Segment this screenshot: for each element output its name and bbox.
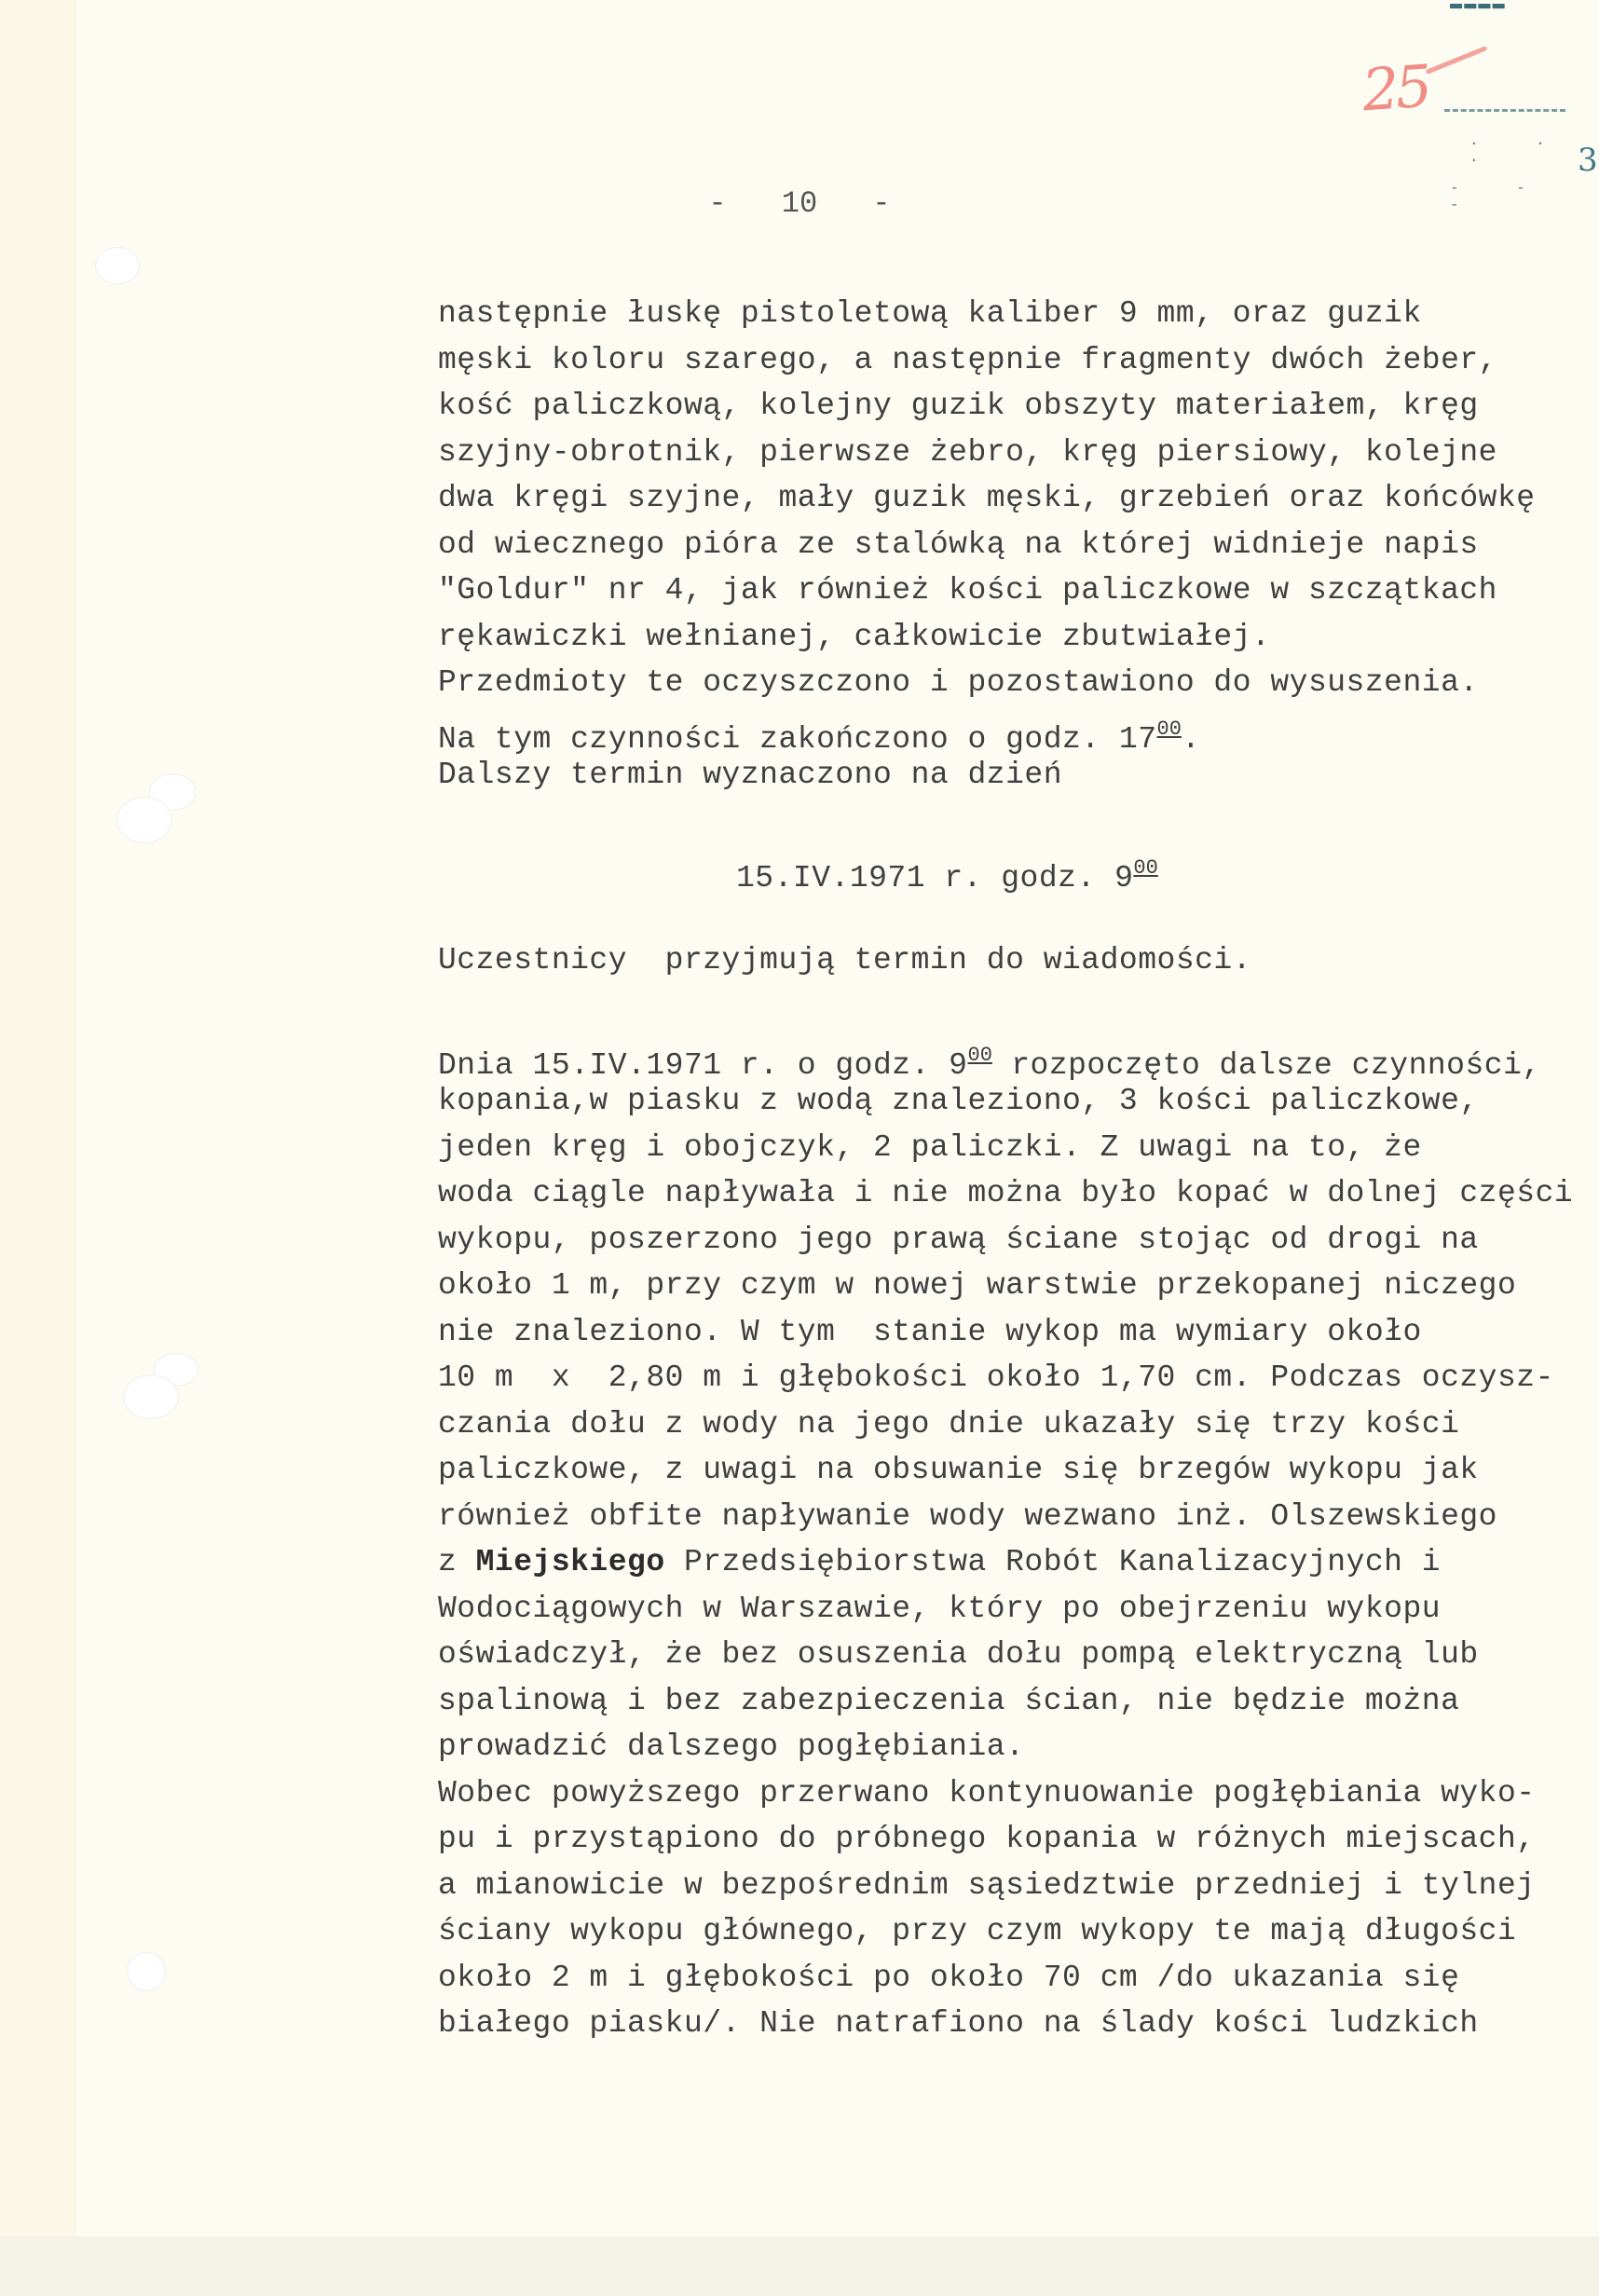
time-superscript: 00 bbox=[1133, 856, 1157, 880]
text-line: rękawiczki wełnianej, całkowicie zbutwia… bbox=[438, 614, 1593, 661]
pencil-stroke bbox=[1426, 46, 1488, 75]
text-fragment: z bbox=[438, 1545, 476, 1579]
pencil-folio-number: 25 bbox=[1360, 52, 1431, 125]
closing-text: Na tym czynności zakończono o godz. 17 bbox=[438, 722, 1157, 757]
text-line: męski koloru szarego, a następnie fragme… bbox=[438, 337, 1593, 384]
page-number: - 10 - bbox=[0, 186, 1599, 221]
next-term-line: Dalszy termin wyznaczono na dzień bbox=[438, 752, 1593, 799]
stamp-fragment: ▬▬▬▬ bbox=[1450, 0, 1599, 13]
page-left-margin bbox=[0, 0, 75, 2236]
text-line: oświadczył, że bez osuszenia dołu pompą … bbox=[438, 1632, 1593, 1678]
text-line: dwa kręgi szyjne, mały guzik męski, grze… bbox=[438, 475, 1593, 522]
stamp-digit: 3 bbox=[1578, 142, 1598, 179]
text-line: paliczkowe, z uwagi na obsuwanie się brz… bbox=[438, 1447, 1593, 1494]
time-superscript: 00 bbox=[968, 1044, 992, 1067]
text-line: pu i przystąpiono do próbnego kopania w … bbox=[438, 1816, 1593, 1863]
document-body: następnie łuskę pistoletową kaliber 9 mm… bbox=[438, 291, 1593, 2047]
time-superscript: 00 bbox=[1157, 717, 1182, 741]
text-line: około 1 m, przy czym w nowej warstwie pr… bbox=[438, 1263, 1593, 1309]
overstruck-word: Miejskiego bbox=[476, 1545, 665, 1579]
punch-hole-1 bbox=[95, 247, 140, 284]
text-line: również obfite napływanie wody wezwano i… bbox=[438, 1494, 1593, 1540]
text-line: kość paliczkową, kolejny guzik obszyty m… bbox=[438, 383, 1593, 430]
text-line: a mianowicie w bezpośrednim sąsiedztwie … bbox=[438, 1863, 1593, 1909]
text-line: spalinową i bez zabezpieczenia ścian, ni… bbox=[438, 1678, 1593, 1725]
text-fragment: Przedsiębiorstwa Robót Kanalizacyjnych i bbox=[665, 1545, 1441, 1579]
paragraph-continued: następnie łuskę pistoletową kaliber 9 mm… bbox=[438, 291, 1593, 706]
acknowledge-line: Uczestnicy przyjmują termin do wiadomośc… bbox=[438, 937, 1593, 984]
closing-time-line: Na tym czynności zakończono o godz. 1700… bbox=[438, 706, 1593, 753]
text-line: Wobec powyższego przerwano kontynuowanie… bbox=[438, 1770, 1593, 1817]
text-line: od wiecznego pióra ze stalówką na której… bbox=[438, 522, 1593, 568]
paragraph-closing: Na tym czynności zakończono o godz. 1700… bbox=[438, 706, 1593, 799]
next-date-line: 15.IV.1971 r. godz. 900 bbox=[438, 845, 1593, 892]
text-line: "Goldur" nr 4, jak również kości paliczk… bbox=[438, 567, 1593, 614]
text-line: Wodociągowych w Warszawie, który po obej… bbox=[438, 1586, 1593, 1633]
text-line: około 2 m i głębokości po około 70 cm /d… bbox=[438, 1955, 1593, 2002]
text-line: z Miejskiego Przedsiębiorstwa Robót Kana… bbox=[438, 1539, 1593, 1586]
text-line: prowadzić dalszego pogłębiania. bbox=[438, 1724, 1593, 1770]
text-line: kopania,w piasku z wodą znaleziono, 3 ko… bbox=[438, 1078, 1593, 1125]
document-page: ▬▬▬▬ 25 · · · - - - 3 - 10 - następnie ł… bbox=[0, 0, 1599, 2236]
stamp-dashed-line bbox=[1444, 109, 1565, 112]
punch-hole-6 bbox=[127, 1952, 166, 1991]
text-line: białego piasku/. Nie natrafiono na ślady… bbox=[438, 2001, 1593, 2047]
text-line: Przedmioty te oczyszczono i pozostawiono… bbox=[438, 660, 1593, 706]
text-line: szyjny-obrotnik, pierwsze żebro, kręg pi… bbox=[438, 430, 1593, 476]
text-line: wykopu, poszerzono jego prawą ściane sto… bbox=[438, 1217, 1593, 1264]
text-line: 10 m x 2,80 m i głębokości około 1,70 cm… bbox=[438, 1355, 1593, 1401]
paragraph-april-15: Dnia 15.IV.1971 r. o godz. 900 rozpoczęt… bbox=[438, 1032, 1593, 2047]
text-line: Dnia 15.IV.1971 r. o godz. 900 rozpoczęt… bbox=[438, 1032, 1593, 1079]
text-line: czania dołu z wody na jego dnie ukazały … bbox=[438, 1401, 1593, 1448]
text-line: następnie łuskę pistoletową kaliber 9 mm… bbox=[438, 291, 1593, 337]
punch-hole-3 bbox=[116, 797, 172, 843]
text-line: jeden kręg i obojczyk, 2 paliczki. Z uwa… bbox=[438, 1125, 1593, 1171]
closing-period: . bbox=[1182, 722, 1200, 757]
date-intro-rest: rozpoczęto dalsze czynności, bbox=[992, 1048, 1541, 1083]
punch-hole-5 bbox=[123, 1374, 179, 1419]
text-line: ściany wykopu głównego, przy czym wykopy… bbox=[438, 1908, 1593, 1955]
date-intro: Dnia 15.IV.1971 r. o godz. 9 bbox=[438, 1048, 968, 1083]
text-line: nie znaleziono. W tym stanie wykop ma wy… bbox=[438, 1309, 1593, 1356]
next-date-text: 15.IV.1971 r. godz. 9 bbox=[736, 861, 1133, 895]
text-line: woda ciągle napływała i nie można było k… bbox=[438, 1170, 1593, 1217]
